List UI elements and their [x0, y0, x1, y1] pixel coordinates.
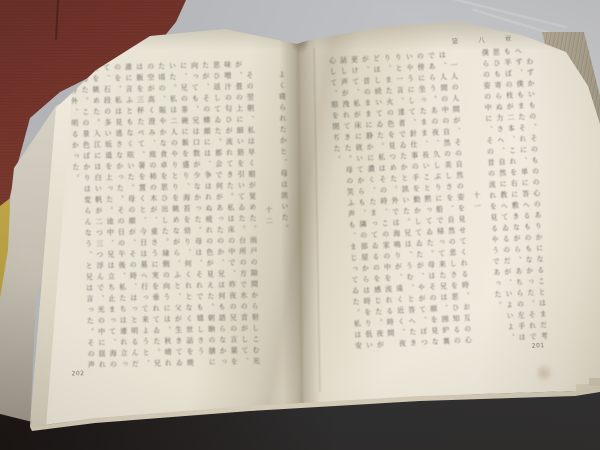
page-corner-step: [589, 378, 600, 386]
section-number: 十二: [260, 60, 278, 374]
right-page-text: わずかいもの、そのものの心のありかになることはまだ考へず、僕もまたそれに、単に答…: [308, 46, 550, 363]
page-number-left: 202: [71, 370, 84, 377]
left-page-text: よく寝られたかと、母は訊いた。 十二 その翌朝、私は早く眼が覚めた。雨戸の隙間か…: [61, 59, 294, 378]
paragraph: 一人の人間が、その自然の姿を見せてくれる時、お互の心は、人間の中の自然の美しさを…: [326, 50, 474, 362]
left-page: 晩年の父 よく寝られたかと、母は訊いた。 十二 その翌朝、私は早く眼が覚めた。雨…: [54, 45, 300, 384]
page-number-right: 201: [532, 342, 545, 350]
right-page: 第 八 章 わずかいもの、そのものの心のありかになることはまだ考へず、僕もまたそ…: [304, 30, 555, 372]
photo-scene: 晩年の父 よく寝られたかと、母は訊いた。 十二 その翌朝、私は早く眼が覚めた。雨…: [0, 0, 600, 450]
page-stain: [536, 362, 552, 384]
paragraph: よく寝られたかと、母は訊いた。: [276, 59, 294, 373]
paragraph: その翌朝、私は早く眼が覚めた。雨戸の隙間から射しこむ光が、畳の上に細い筋を引いて…: [68, 60, 262, 378]
running-head-right: 第 八 章: [451, 33, 520, 46]
paragraph: わずかいもの、そのものの心のありかになることはまだ考へず、僕もまたそれに、単に答…: [479, 46, 550, 354]
